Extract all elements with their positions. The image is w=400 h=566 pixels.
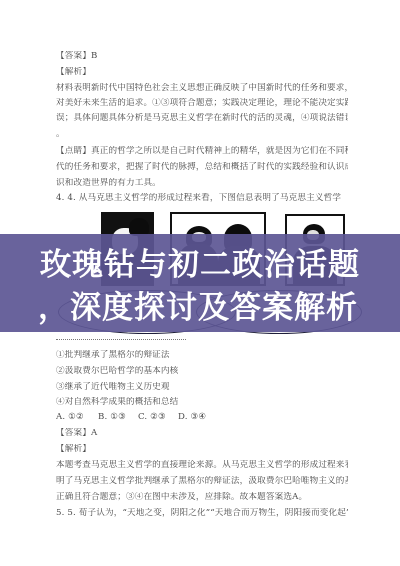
banner-title-line-2: ，深度探讨及答案解析 [0,291,398,325]
figure-caption-dots [56,339,186,342]
analysis-line: 本题考查马克思主义哲学的直接理论来源。从马克思主义哲学的形成过程来看，下图信息表 [56,460,348,471]
analysis-line: 对美好未来生活的追求。①③项符合题意；实践决定理论，理论不能决定实践，②项说法错 [56,98,348,109]
option-item: ③继承了近代唯物主义历史观 [56,382,348,393]
analysis-label-1: 【解析】 [56,67,348,78]
question-5-stem: 5. 5. 荀子认为，“天地之变，阴阳之化”“天地合而万物生，阴阳接而变化起”；… [56,508,348,519]
analysis-label-2: 【解析】 [56,444,348,455]
choices-row: A. ①② B. ①③ C. ②③ D. ③④ [56,412,348,423]
choice-a: A. ①② [56,412,98,423]
analysis-line: 误；具体问题具体分析是马克思主义哲学在新时代的活的灵魂，④项说法错误。正确选项为… [56,113,348,124]
comment-line: 【点睛】真正的哲学之所以是自己时代精神上的精华，就是因为它们在不同程度上反映了时 [56,146,348,157]
choice-b: B. ①③ [98,412,138,423]
question-4-stem: 4. 4. 从马克思主义哲学的形成过程来看，下图信息表明了马克思主义哲学 [56,193,348,204]
comment-line: 代的任务和要求，把握了时代的脉搏，总结和概括了时代的实践经验和认识成果，是人们认 [56,162,348,173]
choice-d: D. ③④ [178,412,218,423]
comment-line: 识和改造世界的有力工具。 [56,178,348,189]
option-item: ④对自然科学成果的概括和总结 [56,397,348,408]
answer-line-2: 【答案】A [56,428,348,439]
banner-title-line-1: 玫瑰钻与初二政治话题 [0,248,400,282]
analysis-line: 正确且符合题意；③④在图中未涉及，应排除。故本题答案选A。 [56,492,348,503]
answer-line-1: 【答案】B [56,51,348,62]
choice-c: C. ②③ [138,412,178,423]
option-item: ②汲取费尔巴哈哲学的基本内核 [56,366,348,377]
analysis-line: 明了马克思主义哲学批判继承了黑格尔的辩证法，汲取费尔巴哈唯物主义的基本内核，①② [56,476,348,487]
analysis-line: 材料表明新时代中国特色社会主义思想正确反映了中国新时代的任务和要求，可以指引人们 [56,83,348,94]
document-page: 【答案】B 【解析】 材料表明新时代中国特色社会主义思想正确反映了中国新时代的任… [0,0,400,566]
option-item: ①批判继承了黑格尔的辩证法 [56,350,348,361]
analysis-line: 。 [56,129,348,140]
